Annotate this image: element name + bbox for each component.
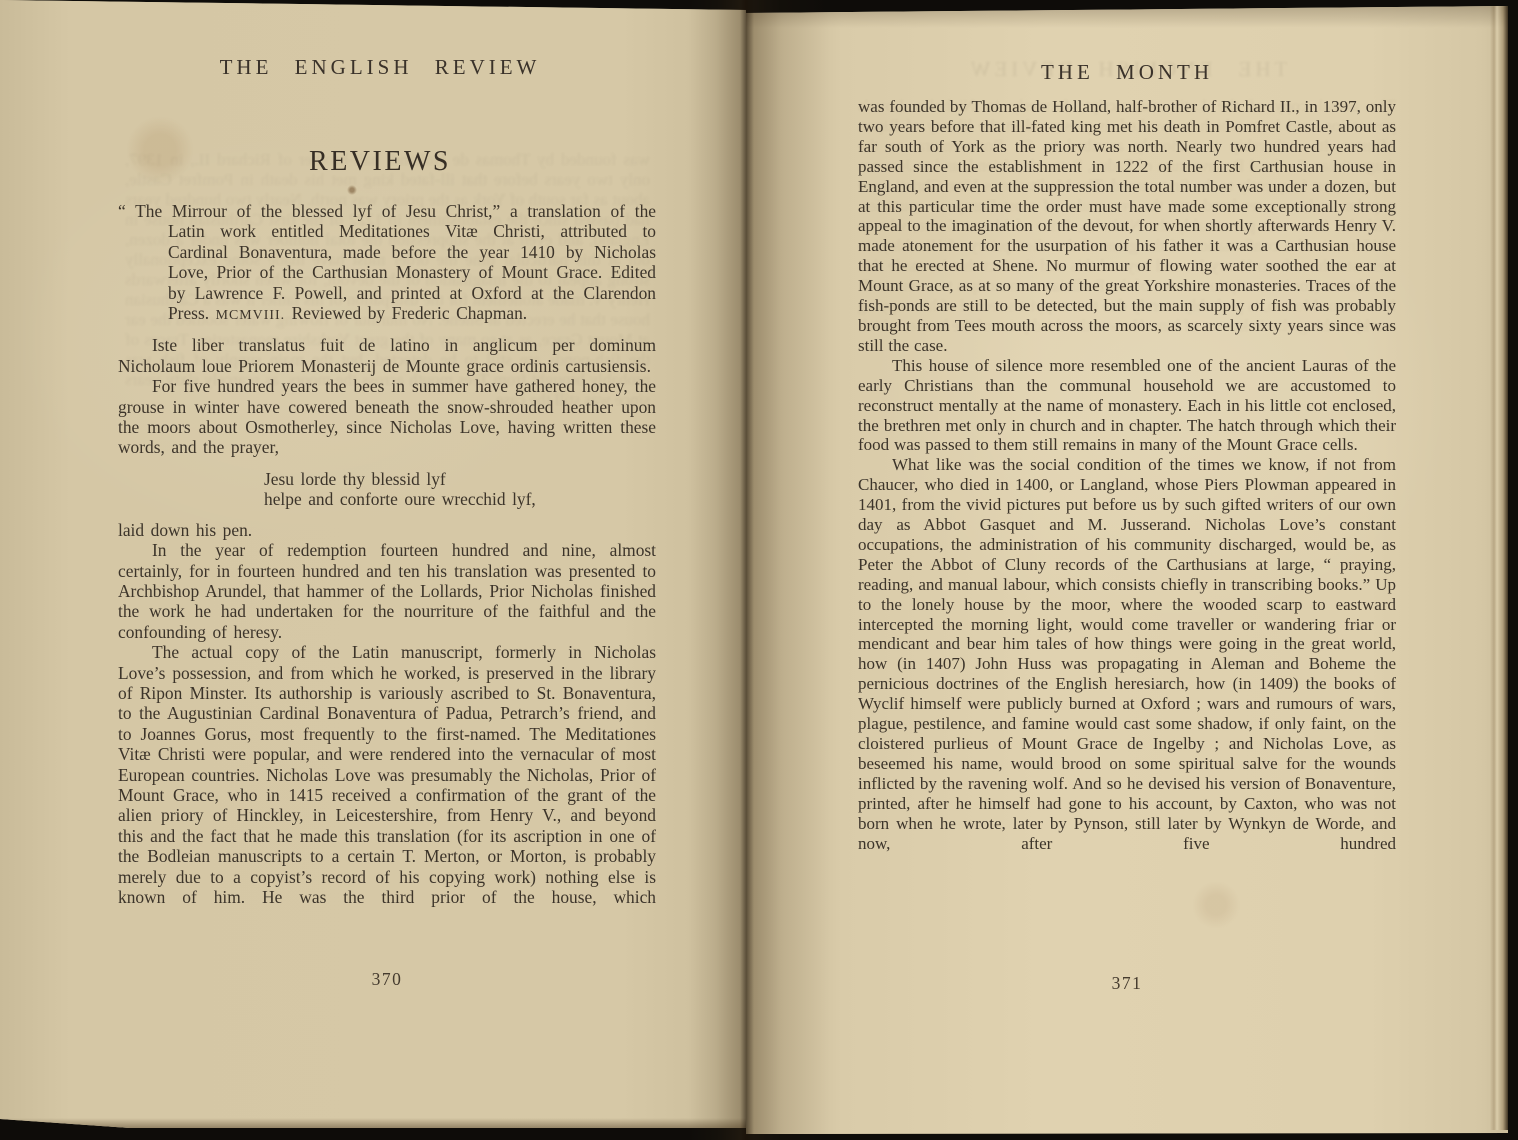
body-paragraph: laid down his pen. (118, 520, 656, 540)
citation-roman-numeral: mcmviii. (216, 308, 285, 323)
verse-line: helpe and conforte oure wrecchid lyf, (264, 489, 656, 509)
left-running-header: THE ENGLISH REVIEW (104, 55, 656, 80)
right-page: THE ENGLISH REVIEW The actual copy of th… (746, 0, 1508, 1134)
book-scan: { "colors": { "scan_background": "#0e0c0… (0, 0, 1518, 1140)
body-paragraph: Iste liber translatus fuit de latino in … (118, 335, 656, 376)
verse-block: Jesu lorde thy blessid lyf helpe and con… (264, 469, 656, 510)
body-paragraph: This house of silence more resembled one… (858, 356, 1396, 456)
body-paragraph: was founded by Thomas de Holland, half-b… (858, 97, 1396, 356)
right-text-column: was founded by Thomas de Holland, half-b… (858, 97, 1396, 975)
left-text-column: “ The Mirrour of the blessed lyf of Jesu… (118, 201, 656, 975)
fore-edge-page-stack (1490, 4, 1508, 1130)
body-paragraph: The actual copy of the Latin manuscript,… (118, 642, 656, 907)
body-paragraph: For five hundred years the bees in summe… (118, 376, 656, 458)
citation-reviewer: Reviewed by Frederic Chapman. (292, 303, 528, 323)
page-number: 370 (118, 969, 656, 990)
page-number: 371 (858, 973, 1396, 994)
right-running-header: THE MONTH (858, 60, 1396, 85)
citation-paragraph: “ The Mirrour of the blessed lyf of Jesu… (118, 201, 656, 326)
body-paragraph: What like was the social condition of th… (858, 455, 1396, 853)
body-paragraph: In the year of redemption fourteen hundr… (118, 540, 656, 642)
section-title: REVIEWS (104, 146, 656, 178)
verse-line: Jesu lorde thy blessid lyf (264, 469, 656, 489)
left-page: was founded by Thomas de Holland, half-b… (0, 0, 746, 1128)
